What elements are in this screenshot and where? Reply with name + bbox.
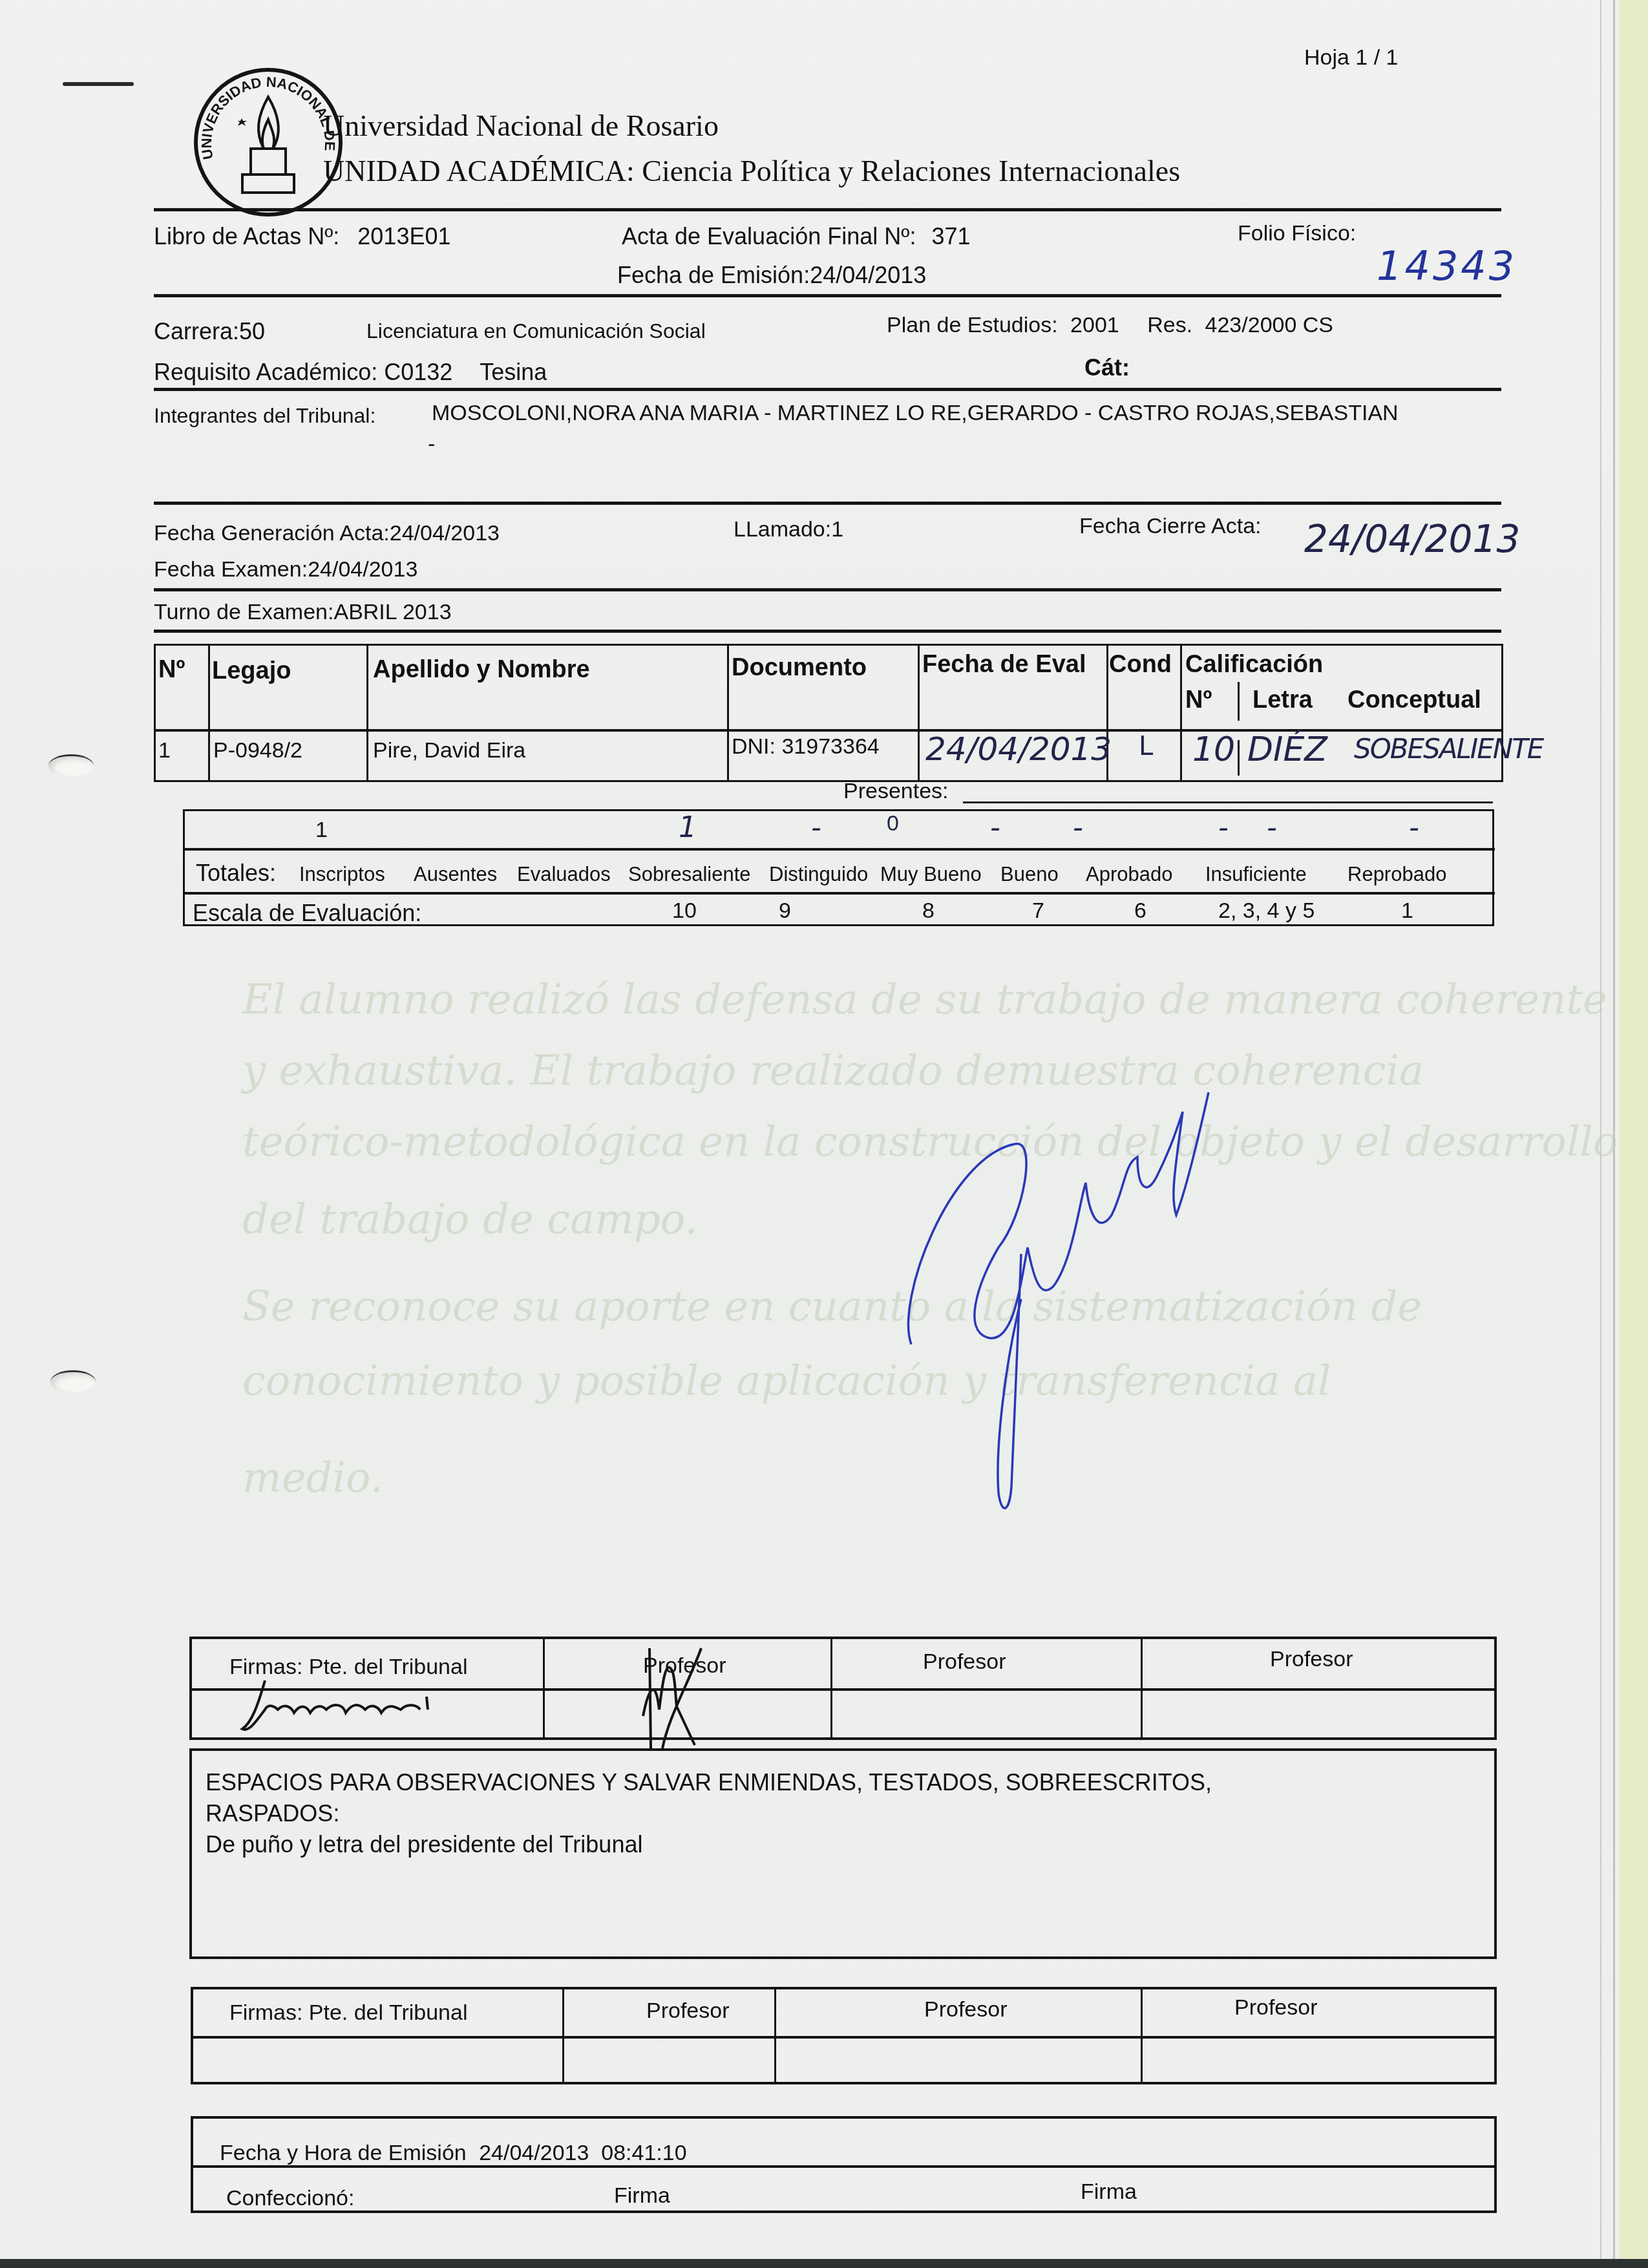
- firma-label-2: Firma: [1081, 2179, 1137, 2205]
- emision-label: Fecha de Emisión:: [617, 262, 810, 288]
- scale-value: 6: [1134, 898, 1146, 924]
- sig-prof2-label: Profesor: [923, 1649, 1006, 1675]
- sig-pte-label: Firmas: Pte. del Tribunal: [229, 1655, 467, 1680]
- header-cal-letra: Letra: [1252, 686, 1313, 714]
- header-documento: Documento: [732, 654, 867, 682]
- totals-label-reprobado: Reprobado: [1347, 863, 1446, 886]
- divider: [154, 208, 1501, 211]
- divider: [154, 294, 1501, 297]
- cell-cal-no: 10: [1192, 730, 1235, 769]
- cell-nombre: Pire, David Eira: [373, 738, 525, 763]
- col-divider: [774, 1987, 776, 2082]
- totals-label-sobresaliente: Sobresaliente: [628, 863, 751, 886]
- turno-label: Turno de Examen:: [154, 600, 333, 624]
- handwritten-signature: [892, 1086, 1305, 1525]
- examen-value: 24/04/2013: [308, 557, 417, 582]
- totals-label-distinguido: Distinguido: [769, 863, 868, 886]
- scale-value: 2, 3, 4 y 5: [1218, 898, 1315, 924]
- footer-emision-value: 24/04/2013 08:41:10: [479, 2141, 686, 2165]
- cierre-label: Fecha Cierre Acta:: [1079, 514, 1262, 539]
- divider: [154, 502, 1501, 505]
- tribunal-members: MOSCOLONI,NORA ANA MARIA - MARTINEZ LO R…: [432, 401, 1399, 426]
- signature-professor: [637, 1645, 721, 1752]
- acta-number: Acta de Evaluación Final Nº: 371: [622, 223, 970, 250]
- res-label: Res.: [1147, 313, 1192, 337]
- cierre-value: 24/04/2013: [1304, 517, 1520, 561]
- confecciono-label: Confeccionó:: [226, 2186, 354, 2211]
- header-legajo: Legajo: [212, 657, 291, 685]
- scale-value: 1: [1401, 898, 1413, 924]
- totals-label-aprobado: Aprobado: [1086, 863, 1172, 886]
- tribunal-label: Integrantes del Tribunal:: [154, 404, 375, 428]
- header-cal-conceptual: Conceptual: [1347, 686, 1481, 714]
- observations-title: ESPACIOS PARA OBSERVACIONES Y SALVAR ENM…: [206, 1769, 1212, 1796]
- col-divider: [1238, 682, 1240, 721]
- divider: [154, 388, 1501, 391]
- generacion-label: Fecha Generación Acta:: [154, 521, 390, 546]
- divider: [154, 630, 1501, 633]
- folio-value: 14343: [1377, 242, 1517, 290]
- folio-label: Folio Físico:: [1238, 221, 1356, 246]
- totals-label-inscriptos: Inscriptos: [299, 863, 385, 886]
- turno-value: ABRIL 2013: [333, 600, 451, 624]
- escala-label: Escala de Evaluación:: [193, 900, 421, 927]
- academic-unit: UNIDAD ACADÉMICA: Ciencia Política y Rel…: [323, 154, 1180, 188]
- presentes-underline: [963, 801, 1493, 803]
- bleed-line: del trabajo de campo.: [242, 1196, 698, 1244]
- totals-label-bueno: Bueno: [1000, 863, 1059, 886]
- table-divider: [191, 2036, 1497, 2039]
- col-divider: [727, 644, 729, 781]
- header-no: Nº: [158, 656, 185, 684]
- cat-label: Cát:: [1084, 354, 1130, 381]
- plan-value: 2001: [1070, 313, 1119, 337]
- emision-value: 24/04/2013: [810, 262, 926, 288]
- totals-label-ausentes: Ausentes: [414, 863, 497, 886]
- plan-estudios: Plan de Estudios: 2001 Res. 423/2000 CS: [887, 313, 1333, 338]
- carrera-code: 50: [239, 318, 265, 344]
- header-cal-no: Nº: [1185, 686, 1212, 714]
- table-divider: [183, 848, 1495, 851]
- col-divider: [543, 1637, 545, 1739]
- punch-hole: [48, 754, 94, 777]
- sig2-prof2-label: Profesor: [924, 1997, 1008, 2022]
- totals-label-evaluados: Evaluados: [517, 863, 611, 886]
- carrera-label: Carrera:: [154, 318, 239, 344]
- firma-label-1: Firma: [614, 2183, 670, 2209]
- sig2-prof1-label: Profesor: [646, 1998, 730, 2024]
- header-nombre: Apellido y Nombre: [373, 656, 590, 684]
- divider: [154, 588, 1501, 591]
- requisito-code: C0132: [384, 359, 452, 385]
- totals-label-insuficiente: Insuficiente: [1205, 863, 1307, 886]
- acta-value: 371: [931, 223, 970, 249]
- scale-value: 9: [779, 898, 791, 924]
- libro-label: Libro de Actas Nº:: [154, 223, 339, 249]
- requisito: Requisito Académico: C0132 Tesina: [154, 359, 547, 386]
- requisito-name: Tesina: [480, 359, 547, 385]
- col-divider: [208, 644, 210, 781]
- col-divider: [918, 644, 920, 781]
- totals-count: -: [1267, 811, 1277, 844]
- fecha-emision: Fecha de Emisión:24/04/2013: [617, 262, 926, 289]
- cell-documento: DNI: 31973364: [732, 734, 880, 759]
- totals-label-muy-bueno: Muy Bueno: [880, 863, 982, 886]
- libro-actas: Libro de Actas Nº: 2013E01: [154, 223, 450, 250]
- col-divider: [562, 1987, 564, 2082]
- header-cond: Cond: [1109, 651, 1172, 679]
- llamado-value: 1: [831, 517, 843, 542]
- col-divider: [1141, 1987, 1143, 2082]
- sig-prof3-label: Profesor: [1270, 1647, 1353, 1672]
- background-sheet-edge: [1619, 0, 1648, 2268]
- llamado: LLamado:1: [734, 517, 843, 542]
- acta-label: Acta de Evaluación Final Nº:: [622, 223, 916, 249]
- observations-title-cont: RASPADOS:: [206, 1800, 339, 1827]
- totals-count: -: [811, 811, 821, 844]
- col-divider: [1141, 1637, 1143, 1739]
- fecha-examen: Fecha Examen:24/04/2013: [154, 557, 417, 582]
- totals-count: 1: [315, 818, 328, 843]
- plan-label: Plan de Estudios:: [887, 313, 1058, 337]
- sheet-number: Hoja 1 / 1: [1304, 45, 1399, 70]
- totals-count: -: [1073, 811, 1083, 844]
- cell-cond: L: [1139, 732, 1153, 761]
- header-fecha-eval: Fecha de Eval: [922, 651, 1086, 679]
- col-divider: [830, 1637, 832, 1739]
- col-divider: [1238, 740, 1240, 776]
- requisito-label: Requisito Académico:: [154, 359, 377, 385]
- bleed-line: medio.: [242, 1454, 383, 1502]
- totales-label: Totales:: [196, 860, 276, 887]
- table-divider: [183, 892, 1495, 895]
- totals-count: -: [990, 811, 1000, 844]
- totals-count: 1: [679, 811, 697, 844]
- scale-value: 8: [922, 898, 935, 924]
- carrera-name: Licenciatura en Comunicación Social: [366, 319, 706, 343]
- res-value: 423/2000 CS: [1205, 313, 1334, 337]
- sig2-pte-label: Firmas: Pte. del Tribunal: [229, 2000, 467, 2026]
- sig2-prof3-label: Profesor: [1234, 1995, 1318, 2020]
- libro-value: 2013E01: [357, 223, 450, 249]
- cell-cal-conceptual: SOBESALIENTE: [1354, 733, 1543, 765]
- tribunal-trailing: -: [428, 432, 435, 457]
- presentes-label: Presentes:: [843, 779, 949, 804]
- carrera: Carrera:50: [154, 318, 265, 345]
- generacion-value: 24/04/2013: [390, 521, 500, 546]
- cell-cal-letra: DIÉZ: [1247, 730, 1327, 769]
- scale-value: 10: [672, 898, 697, 924]
- bleed-line: El alumno realizó las defensa de su trab…: [242, 976, 1607, 1024]
- col-divider: [366, 644, 368, 781]
- emision-footer: Fecha y Hora de Emisión 24/04/2013 08:41…: [220, 2141, 687, 2166]
- col-divider: [1180, 644, 1182, 781]
- cell-no: 1: [158, 738, 171, 763]
- staple-mark: [63, 82, 134, 86]
- totals-count: -: [1218, 811, 1229, 844]
- university-name: Universidad Nacional de Rosario: [323, 109, 719, 143]
- examen-label: Fecha Examen:: [154, 557, 308, 582]
- observations-note: De puño y letra del presidente del Tribu…: [206, 1831, 642, 1858]
- punch-hole: [50, 1370, 96, 1393]
- cell-fecha-eval: 24/04/2013: [925, 730, 1112, 768]
- totals-count: -: [1409, 811, 1419, 844]
- header-calificacion: Calificación: [1185, 651, 1323, 679]
- llamado-label: LLamado:: [734, 517, 831, 542]
- signature-president: [239, 1677, 452, 1735]
- fecha-generacion: Fecha Generación Acta:24/04/2013: [154, 521, 500, 546]
- turno-examen: Turno de Examen:ABRIL 2013: [154, 600, 452, 625]
- totals-count: 0: [887, 811, 899, 836]
- footer-emision-label: Fecha y Hora de Emisión: [220, 2141, 467, 2165]
- scale-value: 7: [1032, 898, 1044, 924]
- scan-border: [0, 2259, 1648, 2268]
- cell-legajo: P-0948/2: [213, 738, 302, 763]
